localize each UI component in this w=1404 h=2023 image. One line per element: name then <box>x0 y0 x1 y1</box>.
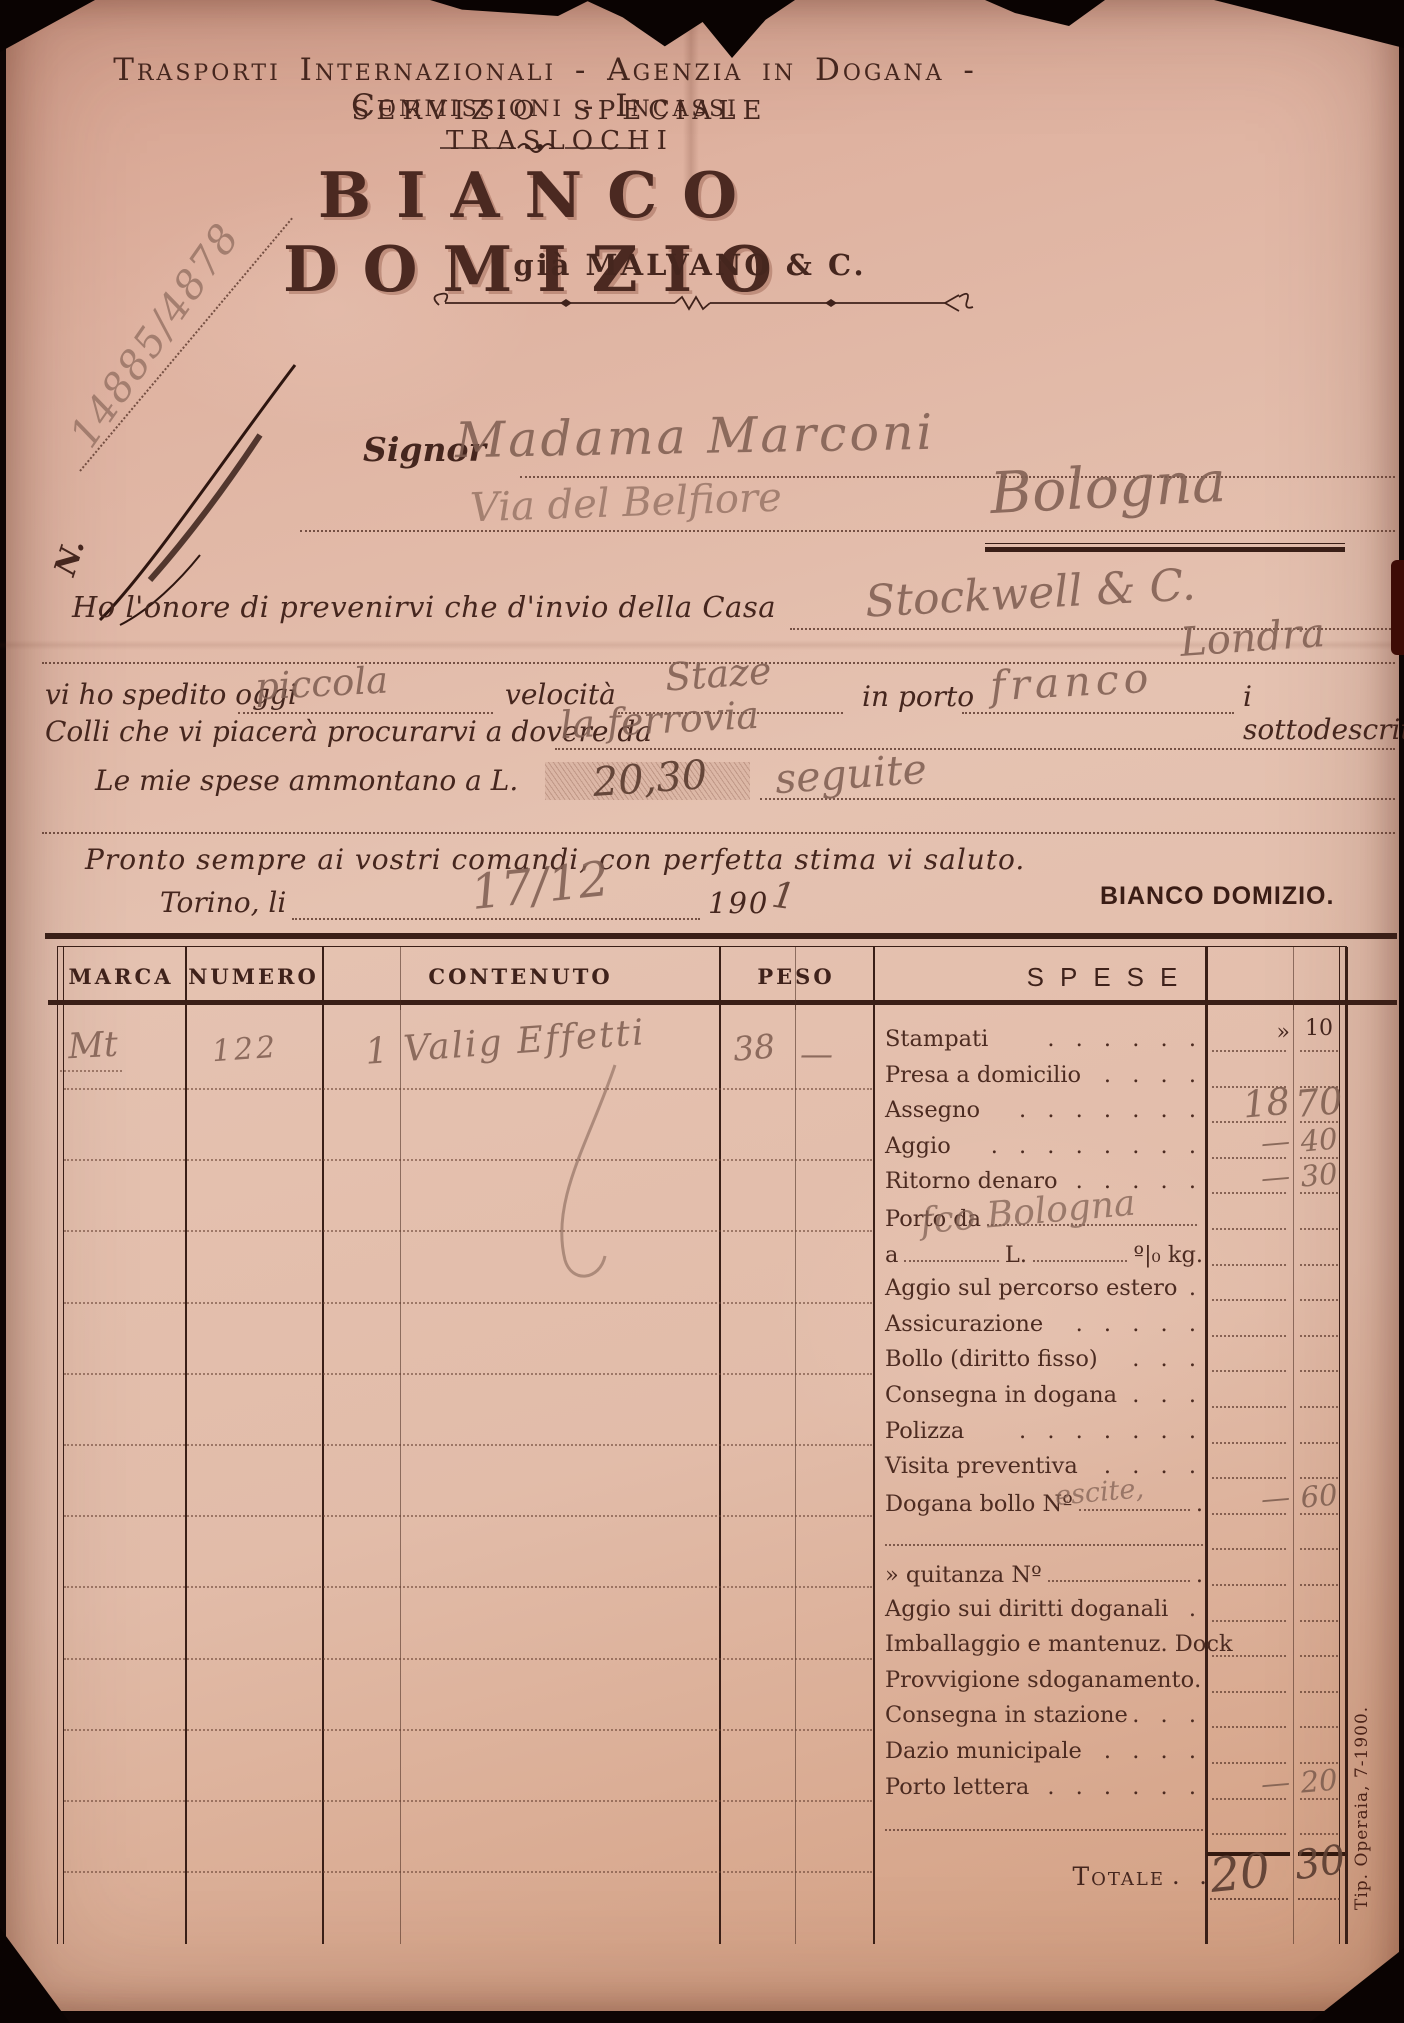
body-line4-label: Le mie spese ammontano a L. <box>95 764 518 797</box>
spese-row <box>885 1520 1203 1556</box>
ornament-divider-icon <box>440 138 640 156</box>
contenuto-flourish-icon <box>520 1060 660 1300</box>
amount-dotted-lire <box>1212 1620 1286 1622</box>
spese-row: Aggio. . . . . . . . <box>885 1129 1203 1165</box>
row-peso-handwritten: 38 <box>731 1026 776 1069</box>
table-body-vline <box>795 1005 796 1944</box>
table-row-dotted-line <box>64 1515 872 1517</box>
spese-label: Aggio sui diritti doganali <box>885 1592 1168 1626</box>
table-header-vline <box>57 947 58 1005</box>
spese-dot-leader: . <box>1189 1271 1203 1305</box>
company-subtitle: già MALVANO & C. <box>480 248 900 282</box>
row-numero-handwritten: 122 <box>211 1030 280 1070</box>
amount-dotted-lire <box>1212 1228 1286 1230</box>
spese-blank-dotted <box>885 1520 1203 1546</box>
spese-value-cent: 60 <box>1293 1477 1346 1515</box>
spese-row: Aggio sui diritti doganali. <box>885 1592 1203 1628</box>
spese-label: Assicurazione <box>885 1307 1043 1341</box>
table-header-vline <box>322 947 324 1005</box>
col-header-spese: SPESE <box>873 949 1347 1005</box>
body-line2-c-handwritten: franco <box>989 654 1155 710</box>
col-header-peso: PESO <box>719 949 873 1005</box>
table-body-vline <box>1345 1005 1348 1944</box>
spese-label: Assegno <box>885 1093 980 1127</box>
table-row-dotted-line <box>64 1230 872 1232</box>
amount-dotted-lire <box>1212 1584 1286 1586</box>
recipient-name-handwritten: Madama Marconi <box>455 404 936 469</box>
spese-dot-leader: . . . . . <box>1076 1307 1203 1341</box>
spese-row <box>885 1805 1203 1841</box>
table-body-vline <box>322 1005 324 1944</box>
row-peso-dash-handwritten: — <box>800 1034 833 1073</box>
table-header-vline <box>400 947 401 1010</box>
spese-label: Stampati <box>885 1022 988 1056</box>
total-lire-handwritten: 20 <box>1187 1841 1292 1906</box>
pen-flourish-icon <box>90 330 320 630</box>
amount-dotted-lire <box>1212 1691 1286 1693</box>
amount-dotted-cent <box>1300 1620 1338 1622</box>
amount-dotted-cent <box>1300 1264 1338 1266</box>
table-header-vline <box>873 947 875 1005</box>
spese-label: Dogana bollo Nº <box>885 1487 1073 1521</box>
col-header-numero: NUMERO <box>185 949 322 1005</box>
body-line2-c: in porto <box>862 680 974 713</box>
table-header-vline <box>185 947 187 1005</box>
body-line4-dotted <box>760 798 1395 800</box>
spese-value-lire: 18 <box>1204 1079 1295 1130</box>
spese-row: Polizza. . . . . . . <box>885 1414 1203 1450</box>
recipient-city-handwritten: Bologna <box>988 449 1227 527</box>
amount-dotted-lire <box>1212 1726 1286 1728</box>
table-row-dotted-line <box>64 1302 872 1304</box>
spese-row: Porto lettera. . . . . . <box>885 1770 1203 1806</box>
amount-dotted-cent <box>1300 1691 1338 1693</box>
table-row-dotted-line <box>64 1444 872 1446</box>
amount-dotted-lire <box>1212 1370 1286 1372</box>
amount-dotted-lire <box>1212 1264 1286 1266</box>
spese-label: Aggio <box>885 1129 951 1163</box>
spese-dot-leader: . <box>1194 1663 1208 1697</box>
spese-label: Visita preventiva <box>885 1449 1078 1483</box>
spese-label: L. <box>1005 1238 1027 1272</box>
spese-fill-line <box>1048 1556 1190 1582</box>
table-header-vline <box>1345 947 1348 1005</box>
amount-dotted-cent <box>1300 1335 1338 1337</box>
table-body-vline <box>57 1005 58 1944</box>
table-header-vline <box>1339 947 1340 1005</box>
city-rule-thin <box>985 543 1345 544</box>
spese-label: Dazio municipale <box>885 1734 1082 1768</box>
printer-imprint: Tip. Operaia, 7-1900. <box>1352 1310 1372 1910</box>
spese-row: Provvigione sdoganamento. <box>885 1663 1203 1699</box>
spese-value-cent: 20 <box>1293 1762 1346 1800</box>
spese-label: Aggio sul percorso estero <box>885 1271 1177 1305</box>
table-header-vline <box>795 947 796 1010</box>
spese-row: Consegna in stazione. . . <box>885 1698 1203 1734</box>
spese-row: Bollo (diritto fisso). . . <box>885 1342 1203 1378</box>
table-row-dotted-line <box>64 1373 872 1375</box>
spese-unit-label: º|₀ kg. <box>1133 1238 1203 1272</box>
spese-row: Imballaggio e mantenuz. Dock <box>885 1627 1203 1663</box>
spese-value-cent: 70 <box>1292 1079 1346 1126</box>
table-body-vline <box>719 1005 721 1944</box>
spese-row: Visita preventiva. . . . <box>885 1449 1203 1485</box>
spese-row: Assicurazione. . . . . <box>885 1307 1203 1343</box>
spese-fill-line <box>1033 1236 1127 1262</box>
recipient-line-2 <box>300 530 1395 532</box>
spese-row: Consegna in dogana. . . <box>885 1378 1203 1414</box>
spese-dot-leader: . . . <box>1132 1342 1203 1376</box>
row-marca-handwritten: Mt <box>67 1025 119 1068</box>
spese-label: Consegna in stazione <box>885 1698 1128 1732</box>
spese-label: a <box>885 1238 898 1272</box>
spese-label: Porto lettera <box>885 1770 1029 1804</box>
amount-dotted-cent <box>1300 1833 1338 1835</box>
spese-row: Dogana bollo Nº. <box>885 1485 1203 1521</box>
table-row-dotted-line <box>64 1800 872 1802</box>
table-top-rule <box>45 933 1397 939</box>
spese-row: » quitanza Nº. <box>885 1556 1203 1592</box>
amount-dotted-lire <box>1212 1406 1286 1408</box>
spese-dot-leader: . . . . . . <box>1047 1022 1203 1056</box>
spese-dot-leader: . . . . <box>1104 1734 1203 1768</box>
amount-dotted-lire <box>1212 1655 1286 1657</box>
amount-dotted-cent <box>1300 1548 1338 1550</box>
signature-printed: BIANCO DOMIZIO. <box>1100 882 1400 911</box>
spese-dot-leader: . . . . . . . <box>1019 1093 1203 1127</box>
spese-label: Consegna in dogana <box>885 1378 1117 1412</box>
spese-value-cent: 40 <box>1293 1121 1346 1159</box>
marca-underline <box>60 1070 122 1072</box>
date-year-printed: 190 <box>708 886 769 920</box>
table-body-vline <box>400 1005 401 1944</box>
spese-dot-leader: . . . <box>1132 1378 1203 1412</box>
spese-row: Aggio sul percorso estero. <box>885 1271 1203 1307</box>
table-header-vline <box>1293 947 1294 1010</box>
amount-dotted-lire <box>1212 1050 1286 1052</box>
body-line2-dotted-a <box>238 712 493 714</box>
spese-label: » quitanza Nº <box>885 1558 1042 1592</box>
amount-dotted-lire <box>1212 1442 1286 1444</box>
amount-dotted-cent <box>1300 1726 1338 1728</box>
amount-dotted-cent <box>1300 1406 1338 1408</box>
spese-row: aL.º|₀ kg. <box>885 1236 1203 1272</box>
col-header-marca: MARCA <box>57 949 185 1005</box>
amount-dotted-cent <box>1300 1299 1338 1301</box>
amount-dotted-lire <box>1212 1335 1286 1337</box>
spese-label: Bollo (diritto fisso) <box>885 1342 1098 1376</box>
table-row-dotted-line <box>64 1729 872 1731</box>
body-line2-dotted-c <box>962 712 1234 714</box>
spese-tail-dot: . <box>1196 1487 1203 1521</box>
ornament-rule-icon <box>425 290 985 320</box>
body-line2-d: i sottodescritti <box>1243 680 1404 746</box>
amount-dotted-lire <box>1212 1477 1286 1479</box>
amount-dotted-cent <box>1300 1655 1338 1657</box>
spese-label: Imballaggio e mantenuz. Dock <box>885 1627 1233 1661</box>
table-header-top-line <box>57 946 1347 947</box>
table-row-dotted-line <box>64 1586 872 1588</box>
spese-tail-dot: . <box>1196 1558 1203 1592</box>
table-row-dotted-line <box>64 1871 872 1873</box>
scanned-document: Trasporti Internazionali - Agenzia in Do… <box>0 0 1404 2023</box>
table-row-dotted-line <box>64 1159 872 1161</box>
spese-dot-leader: . . . . . . <box>1047 1770 1203 1804</box>
spese-dot-leader: . . . . . . . <box>1019 1414 1203 1448</box>
table-header-vline <box>1205 947 1208 1005</box>
city-rule-thick <box>985 547 1345 552</box>
photo-edge-mark <box>1391 560 1404 655</box>
recipient-line-1 <box>520 476 1395 478</box>
spese-dot-leader: . . . <box>1132 1698 1203 1732</box>
amount-dotted-cent <box>1300 1584 1338 1586</box>
spese-blank-dotted <box>885 1805 1203 1831</box>
body-line3-dotted <box>555 748 1395 750</box>
spese-row: Dazio municipale. . . . <box>885 1734 1203 1770</box>
table-body-vline <box>185 1005 187 1944</box>
table-row-dotted-line <box>64 1088 872 1090</box>
amount-dotted-cent <box>1300 1370 1338 1372</box>
spese-row: Stampati. . . . . . <box>885 1022 1203 1058</box>
spese-value-lire: » <box>1206 1020 1294 1045</box>
spese-dot-leader: . . . . . . . . <box>991 1129 1203 1163</box>
spese-dot-leader: . . . . <box>1104 1058 1203 1092</box>
amount-dotted-cent <box>1300 1050 1338 1052</box>
spese-fill-line <box>904 1236 998 1262</box>
amount-dotted-lire <box>1212 1299 1286 1301</box>
table-row-dotted-line <box>64 1658 872 1660</box>
spese-value-cent: 30 <box>1293 1156 1346 1194</box>
amount-dotted-cent <box>1300 1228 1338 1230</box>
amount-dotted-lire <box>1212 1548 1286 1550</box>
table-body-vline <box>873 1005 875 1944</box>
body-line1-label: Ho l'onore di prevenirvi che d'invio del… <box>72 590 776 624</box>
spese-row: Assegno. . . . . . . <box>885 1093 1203 1129</box>
total-label: Totale <box>1000 1862 1165 1891</box>
total-dotted-cent <box>1298 1898 1340 1900</box>
date-label: Torino, li <box>160 886 286 919</box>
body-line2-a-handwritten: piccola <box>254 659 389 709</box>
table-header-vline <box>63 947 64 1005</box>
table-header-vline <box>719 947 721 1005</box>
col-header-contenuto: CONTENUTO <box>322 949 719 1005</box>
total-cent-handwritten: 30 <box>1289 1836 1351 1889</box>
amount-dotted-lire <box>1212 1762 1286 1764</box>
spese-label: Presa a domicilio <box>885 1058 1081 1092</box>
spese-label: Polizza <box>885 1414 964 1448</box>
spese-row: Presa a domicilio. . . . <box>885 1058 1203 1094</box>
spese-value-cent: 10 <box>1294 1016 1344 1041</box>
amount-dotted-lire <box>1212 1833 1286 1835</box>
spese-dot-leader: . <box>1189 1592 1203 1626</box>
table-body-vline <box>63 1005 64 1944</box>
amount-dotted-cent <box>1300 1442 1338 1444</box>
spese-label: Provvigione sdoganamento <box>885 1663 1194 1697</box>
body-full-dotted-2 <box>42 832 1395 834</box>
